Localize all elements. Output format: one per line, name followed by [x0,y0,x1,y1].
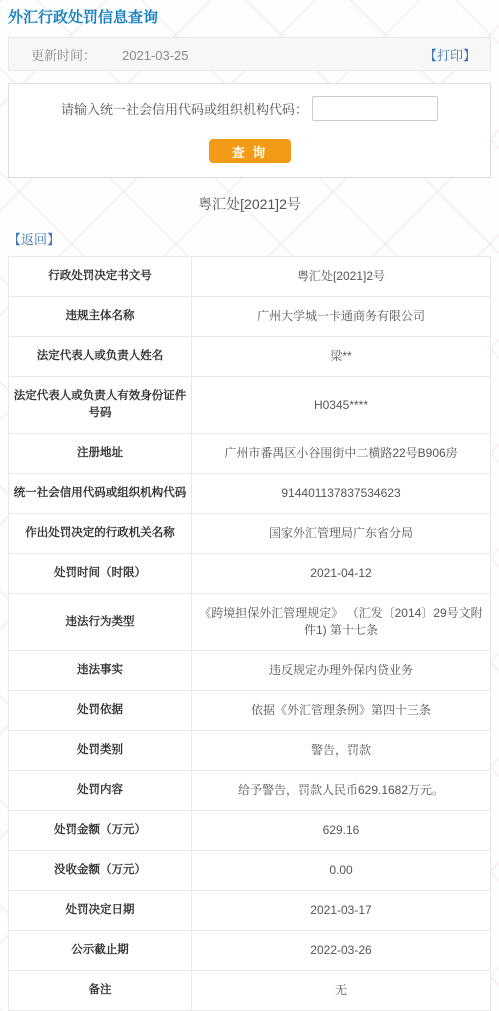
update-time-value: 2021-03-25 [122,48,189,63]
penalty-table: 行政处罚决定书文号粤汇处[2021]2号 违规主体名称广州大学城一卡通商务有限公… [8,256,491,1011]
row-label: 行政处罚决定书文号 [9,257,192,297]
row-label: 备注 [9,971,192,1011]
row-value: 2022-03-26 [192,931,491,971]
row-value: 《跨境担保外汇管理规定》 （汇发〔2014〕29号文附件1) 第十七条 [192,594,491,651]
row-value: 无 [192,971,491,1011]
row-value: H0345**** [192,377,491,434]
row-label: 违法事实 [9,651,192,691]
search-panel: 请输入统一社会信用代码或组织机构代码： 查 询 [8,83,491,178]
row-value: 给予警告，罚款人民币629.1682万元。 [192,771,491,811]
row-label: 公示截止期 [9,931,192,971]
table-row: 法定代表人或负责人姓名梁** [9,337,491,377]
table-row: 处罚类别警告，罚款 [9,731,491,771]
button-row: 查 询 [21,139,478,163]
row-label: 作出处罚决定的行政机关名称 [9,514,192,554]
row-label: 处罚依据 [9,691,192,731]
table-row: 注册地址广州市番禺区小谷围街中二横路22号B906房 [9,434,491,474]
print-link[interactable]: 【打印】 [424,45,476,64]
table-row: 公示截止期2022-03-26 [9,931,491,971]
search-label: 请输入统一社会信用代码或组织机构代码： [61,99,308,118]
row-value: 914401137837534623 [192,474,491,514]
table-row: 处罚金额（万元）629.16 [9,811,491,851]
row-value: 依据《外汇管理条例》第四十三条 [192,691,491,731]
row-label: 处罚金额（万元） [9,811,192,851]
row-value: 2021-04-12 [192,554,491,594]
row-label: 处罚类别 [9,731,192,771]
page-title: 外汇行政处罚信息查询 [8,0,491,37]
query-button[interactable]: 查 询 [209,139,291,163]
row-value: 违反规定办理外保内贷业务 [192,651,491,691]
row-label: 法定代表人或负责人姓名 [9,337,192,377]
row-value: 警告，罚款 [192,731,491,771]
row-value: 粤汇处[2021]2号 [192,257,491,297]
row-label: 违法行为类型 [9,594,192,651]
table-row: 处罚内容给予警告，罚款人民币629.1682万元。 [9,771,491,811]
row-label: 法定代表人或负责人有效身份证件号码 [9,377,192,434]
table-row: 法定代表人或负责人有效身份证件号码H0345**** [9,377,491,434]
row-label: 违规主体名称 [9,297,192,337]
back-link[interactable]: 【返回】 [8,229,60,248]
table-row: 行政处罚决定书文号粤汇处[2021]2号 [9,257,491,297]
update-bar: 更新时间：2021-03-25 【打印】 [8,37,491,71]
table-row: 处罚时间（时限）2021-04-12 [9,554,491,594]
table-row: 处罚决定日期2021-03-17 [9,891,491,931]
table-row: 违规主体名称广州大学城一卡通商务有限公司 [9,297,491,337]
document-number-title: 粤汇处[2021]2号 [8,194,491,214]
search-input[interactable] [312,96,438,121]
table-row: 违法事实违反规定办理外保内贷业务 [9,651,491,691]
row-label: 处罚内容 [9,771,192,811]
row-value: 广州大学城一卡通商务有限公司 [192,297,491,337]
row-value: 0.00 [192,851,491,891]
row-value: 国家外汇管理局广东省分局 [192,514,491,554]
search-row: 请输入统一社会信用代码或组织机构代码： [21,96,478,121]
row-label: 注册地址 [9,434,192,474]
penalty-table-body: 行政处罚决定书文号粤汇处[2021]2号 违规主体名称广州大学城一卡通商务有限公… [9,257,491,1011]
table-row: 违法行为类型《跨境担保外汇管理规定》 （汇发〔2014〕29号文附件1) 第十七… [9,594,491,651]
table-row: 处罚依据依据《外汇管理条例》第四十三条 [9,691,491,731]
row-label: 处罚决定日期 [9,891,192,931]
table-row: 没收金额（万元）0.00 [9,851,491,891]
table-row: 统一社会信用代码或组织机构代码914401137837534623 [9,474,491,514]
row-label: 没收金额（万元） [9,851,192,891]
table-row: 作出处罚决定的行政机关名称国家外汇管理局广东省分局 [9,514,491,554]
row-value: 梁** [192,337,491,377]
page: 外汇行政处罚信息查询 更新时间：2021-03-25 【打印】 请输入统一社会信… [0,0,499,1011]
update-time: 更新时间：2021-03-25 [31,45,189,64]
table-row: 备注无 [9,971,491,1011]
row-value: 广州市番禺区小谷围街中二横路22号B906房 [192,434,491,474]
row-value: 2021-03-17 [192,891,491,931]
row-label: 统一社会信用代码或组织机构代码 [9,474,192,514]
row-label: 处罚时间（时限） [9,554,192,594]
row-value: 629.16 [192,811,491,851]
update-time-label: 更新时间： [31,48,96,63]
